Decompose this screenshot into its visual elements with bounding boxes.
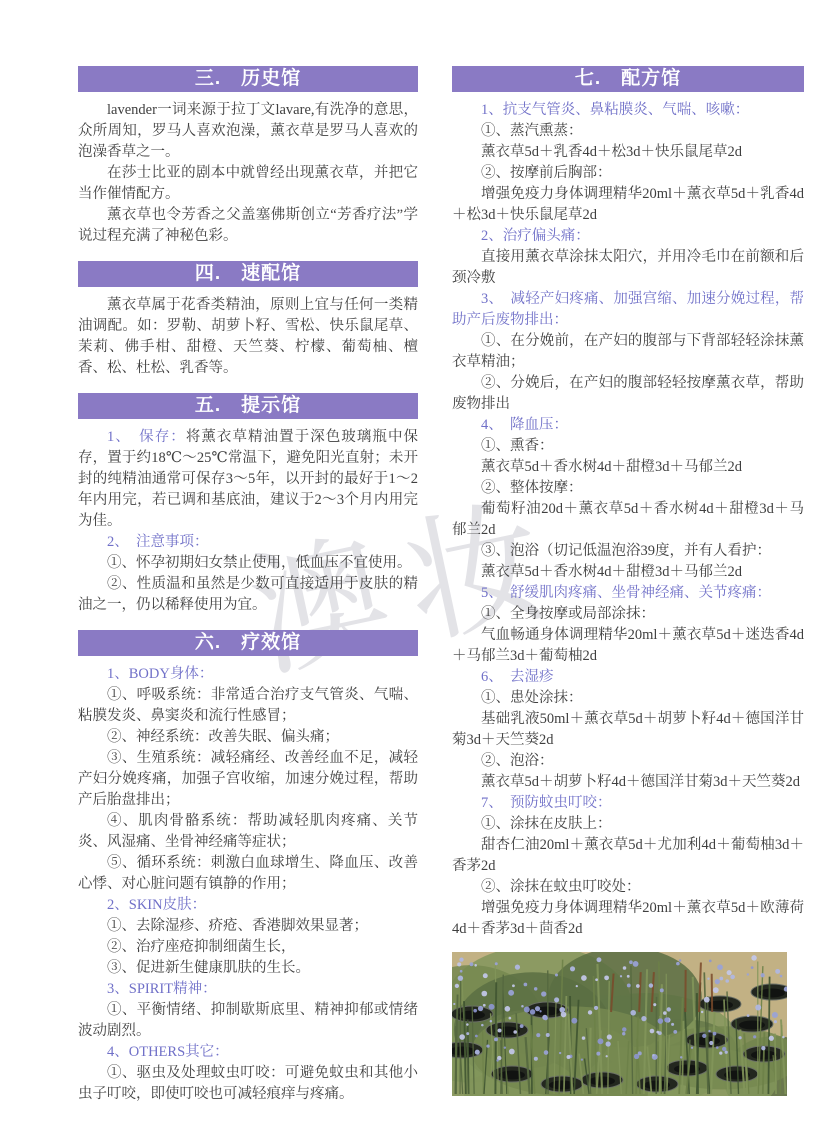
body-text: ⑤、循环系统：刺激白血球增生、降血压、改善心悸、对心脏问题有镇静的作用； <box>78 855 418 892</box>
body-text: ①、平衡情绪、抑制歇斯底里、精神抑郁或情绪波动剧烈。 <box>78 1002 418 1039</box>
body-text: ④、肌肉骨骼系统：帮助减轻肌肉疼痛、关节炎、风湿痛、坐骨神经痛等症状； <box>78 813 418 850</box>
body-text: 直接用薰衣草涂抹太阳穴，并用冷毛巾在前额和后颈冷敷 <box>452 249 804 286</box>
body-text: 薰衣草5d＋胡萝卜籽4d＋德国洋甘菊3d＋天竺葵2d <box>481 774 800 790</box>
section: 五. 提示馆1、 保存：将薰衣草精油置于深色玻璃瓶中保存，置于约18℃～25℃常… <box>78 393 418 616</box>
paragraph: ①、平衡情绪、抑制歇斯底里、精神抑郁或情绪波动剧烈。 <box>78 1000 418 1042</box>
section: 六. 疗效馆1、BODY身体：①、呼吸系统：非常适合治疗支气管炎、气喘、粘膜发炎… <box>78 630 418 1105</box>
body-text: ①、驱虫及处理蚊虫叮咬：可避免蚊虫和其他小虫子叮咬，即使叮咬也可减轻痕痒与疼痛。 <box>78 1065 418 1102</box>
body-text: 薰衣草5d＋香水树4d＋甜橙3d＋马郁兰2d <box>481 564 742 580</box>
paragraph: 4、 降血压： <box>452 415 804 436</box>
section-header: 五. 提示馆 <box>78 393 418 419</box>
paragraph: ②、涂抹在蚊虫叮咬处： <box>452 877 804 898</box>
body-text: ②、性质温和虽然是少数可直接适用于皮肤的精油之一，仍以稀释使用为宜。 <box>78 576 418 613</box>
body-text: 基础乳液50ml＋薰衣草5d＋胡萝卜籽4d＋德国洋甘菊3d＋天竺葵2d <box>452 711 804 748</box>
paragraph: ②、整体按摩： <box>452 478 804 499</box>
body-text: 薰衣草也令芳香之父盖塞佛斯创立“芳香疗法”学说过程充满了神秘色彩。 <box>78 207 418 244</box>
paragraph: ②、治疗座疮抑制细菌生长， <box>78 937 418 958</box>
paragraph: ①、患处涂抹： <box>452 688 804 709</box>
accent-text: 4、 降血压： <box>481 417 568 433</box>
document-page: 澳妆 三. 历史馆lavender一词来源于拉丁文lavare,有洗净的意思，众… <box>0 0 839 1146</box>
body-text: 甜杏仁油20ml＋薰衣草5d＋尤加利4d＋葡萄柚3d＋香茅2d <box>452 837 804 874</box>
paragraph: ①、涂抹在皮肤上： <box>452 814 804 835</box>
paragraph: ③、泡浴（切记低温泡浴39度，并有人看护： <box>452 541 804 562</box>
paragraph: 甜杏仁油20ml＋薰衣草5d＋尤加利4d＋葡萄柚3d＋香茅2d <box>452 835 804 877</box>
paragraph: 2、治疗偏头痛： <box>452 226 804 247</box>
body-text: lavender一词来源于拉丁文lavare,有洗净的意思，众所周知，罗马人喜欢… <box>78 102 418 160</box>
accent-text: 7、 预防蚊虫叮咬： <box>481 795 612 811</box>
body-text: 增强免疫力身体调理精华20ml＋薰衣草5d＋欧薄荷4d＋香茅3d＋茴香2d <box>452 900 804 937</box>
accent-text: 1、BODY身体： <box>107 666 213 682</box>
accent-text: 6、 去湿疹 <box>481 669 554 685</box>
section-header: 三. 历史馆 <box>78 66 418 92</box>
paragraph: ①、熏香： <box>452 436 804 457</box>
paragraph: ①、去除湿疹、疥疮、香港脚效果显著； <box>78 916 418 937</box>
paragraph: ②、泡浴： <box>452 751 804 772</box>
paragraph: 5、 舒缓肌肉疼痛、坐骨神经痛、关节疼痛： <box>452 583 804 604</box>
body-text: ②、涂抹在蚊虫叮咬处： <box>481 879 641 895</box>
paragraph: ①、驱虫及处理蚊虫叮咬：可避免蚊虫和其他小虫子叮咬，即使叮咬也可减轻痕痒与疼痛。 <box>78 1063 418 1105</box>
paragraph: ④、肌肉骨骼系统：帮助减轻肌肉疼痛、关节炎、风湿痛、坐骨神经痛等症状； <box>78 811 418 853</box>
paragraph: ①、呼吸系统：非常适合治疗支气管炎、气喘、粘膜发炎、鼻窦炎和流行性感冒； <box>78 685 418 727</box>
body-text: ③、泡浴（切记低温泡浴39度，并有人看护： <box>481 543 771 559</box>
paragraph: 3、 减轻产妇疼痛、加强宫缩、加速分娩过程，帮助产后废物排出： <box>452 289 804 331</box>
paragraph: ⑤、循环系统：刺激白血球增生、降血压、改善心悸、对心脏问题有镇静的作用； <box>78 853 418 895</box>
accent-text: 4、OTHERS其它： <box>107 1044 229 1060</box>
body-text: ②、分娩后，在产妇的腹部轻轻按摩薰衣草，帮助废物排出 <box>452 375 804 412</box>
paragraph: 3、SPIRIT精神： <box>78 979 418 1000</box>
paragraph: 6、 去湿疹 <box>452 667 804 688</box>
accent-text: 3、SPIRIT精神： <box>107 981 217 997</box>
body-text: ①、呼吸系统：非常适合治疗支气管炎、气喘、粘膜发炎、鼻窦炎和流行性感冒； <box>78 687 418 724</box>
paragraph: ①、蒸汽熏蒸： <box>452 121 804 142</box>
section: 四. 速配馆薰衣草属于花香类精油，原则上宜与任何一类精油调配。如：罗勒、胡萝卜籽… <box>78 261 418 379</box>
accent-text: 3、 减轻产妇疼痛、加强宫缩、加速分娩过程，帮助产后废物排出： <box>452 291 804 328</box>
paragraph: ①、在分娩前，在产妇的腹部与下背部轻轻涂抹薰衣草精油； <box>452 331 804 373</box>
paragraph: 薰衣草5d＋香水树4d＋甜橙3d＋马郁兰2d <box>452 457 804 478</box>
body-text: ②、整体按摩： <box>481 480 583 496</box>
body-text: 气血畅通身体调理精华20ml＋薰衣草5d＋迷迭香4d＋马郁兰3d＋葡萄柚2d <box>452 627 804 664</box>
body-text: ①、去除湿疹、疥疮、香港脚效果显著； <box>107 918 368 934</box>
paragraph: 基础乳液50ml＋薰衣草5d＋胡萝卜籽4d＋德国洋甘菊3d＋天竺葵2d <box>452 709 804 751</box>
body-text: 薰衣草5d＋乳香4d＋松3d＋快乐鼠尾草2d <box>481 144 742 160</box>
section: 七. 配方馆1、抗支气管炎、鼻粘膜炎、气喘、咳嗽：①、蒸汽熏蒸：薰衣草5d＋乳香… <box>452 66 804 940</box>
paragraph: 气血畅通身体调理精华20ml＋薰衣草5d＋迷迭香4d＋马郁兰3d＋葡萄柚2d <box>452 625 804 667</box>
body-text: 薰衣草属于花香类精油，原则上宜与任何一类精油调配。如：罗勒、胡萝卜籽、雪松、快乐… <box>78 297 418 376</box>
section-header: 七. 配方馆 <box>452 66 804 92</box>
body-text: ③、生殖系统：减轻痛经、改善经血不足，减轻产妇分娩疼痛，加强子宫收缩，加速分娩过… <box>78 750 418 808</box>
left-column: 三. 历史馆lavender一词来源于拉丁文lavare,有洗净的意思，众所周知… <box>78 66 418 1105</box>
paragraph: ①、全身按摩或局部涂抹： <box>452 604 804 625</box>
paragraph: ②、按摩前后胸部： <box>452 163 804 184</box>
right-column: 七. 配方馆1、抗支气管炎、鼻粘膜炎、气喘、咳嗽：①、蒸汽熏蒸：薰衣草5d＋乳香… <box>452 66 804 1096</box>
body-text: 在莎士比亚的剧本中就曾经出现薰衣草，并把它当作催情配方。 <box>78 165 418 202</box>
potted-lavender-plants-photo <box>452 952 787 1096</box>
body-text: ①、涂抹在皮肤上： <box>481 816 612 832</box>
body-text: ①、熏香： <box>481 438 554 454</box>
body-text: ②、按摩前后胸部： <box>481 165 612 181</box>
body-text: ①、蒸汽熏蒸： <box>481 123 583 139</box>
accent-text: 5、 舒缓肌肉疼痛、坐骨神经痛、关节疼痛： <box>481 585 771 601</box>
paragraph: 薰衣草5d＋香水树4d＋甜橙3d＋马郁兰2d <box>452 562 804 583</box>
body-text: ②、神经系统：改善失眠、偏头痛； <box>107 729 339 745</box>
paragraph: 1、抗支气管炎、鼻粘膜炎、气喘、咳嗽： <box>452 100 804 121</box>
body-text: ①、患处涂抹： <box>481 690 583 706</box>
paragraph: lavender一词来源于拉丁文lavare,有洗净的意思，众所周知，罗马人喜欢… <box>78 100 418 163</box>
accent-text: 2、SKIN皮肤： <box>107 897 206 913</box>
section: 三. 历史馆lavender一词来源于拉丁文lavare,有洗净的意思，众所周知… <box>78 66 418 247</box>
paragraph: ①、怀孕初期妇女禁止使用，低血压不宜使用。 <box>78 553 418 574</box>
body-text: 葡萄籽油20d＋薰衣草5d＋香水树4d＋甜橙3d＋马郁兰2d <box>452 501 804 538</box>
paragraph: 1、BODY身体： <box>78 664 418 685</box>
paragraph: ②、性质温和虽然是少数可直接适用于皮肤的精油之一，仍以稀释使用为宜。 <box>78 574 418 616</box>
accent-text: 1、 保存： <box>107 429 186 445</box>
body-text: ①、全身按摩或局部涂抹： <box>481 606 655 622</box>
paragraph: 薰衣草5d＋乳香4d＋松3d＋快乐鼠尾草2d <box>452 142 804 163</box>
paragraph: 薰衣草属于花香类精油，原则上宜与任何一类精油调配。如：罗勒、胡萝卜籽、雪松、快乐… <box>78 295 418 379</box>
paragraph: 增强免疫力身体调理精华20ml＋薰衣草5d＋乳香4d＋松3d＋快乐鼠尾草2d <box>452 184 804 226</box>
paragraph: 薰衣草也令芳香之父盖塞佛斯创立“芳香疗法”学说过程充满了神秘色彩。 <box>78 205 418 247</box>
body-text: ①、在分娩前，在产妇的腹部与下背部轻轻涂抹薰衣草精油； <box>452 333 804 370</box>
paragraph: ②、神经系统：改善失眠、偏头痛； <box>78 727 418 748</box>
paragraph: ③、生殖系统：减轻痛经、改善经血不足，减轻产妇分娩疼痛，加强子宫收缩，加速分娩过… <box>78 748 418 811</box>
paragraph: 2、SKIN皮肤： <box>78 895 418 916</box>
paragraph: 增强免疫力身体调理精华20ml＋薰衣草5d＋欧薄荷4d＋香茅3d＋茴香2d <box>452 898 804 940</box>
paragraph: 4、OTHERS其它： <box>78 1042 418 1063</box>
accent-text: 2、 注意事项： <box>107 534 209 550</box>
paragraph: 薰衣草5d＋胡萝卜籽4d＋德国洋甘菊3d＋天竺葵2d <box>452 772 804 793</box>
section-header: 四. 速配馆 <box>78 261 418 287</box>
paragraph: ③、促进新生健康肌肤的生长。 <box>78 958 418 979</box>
body-text: ②、泡浴： <box>481 753 554 769</box>
paragraph: 直接用薰衣草涂抹太阳穴，并用冷毛巾在前额和后颈冷敷 <box>452 247 804 289</box>
paragraph: 1、 保存：将薰衣草精油置于深色玻璃瓶中保存，置于约18℃～25℃常温下，避免阳… <box>78 427 418 532</box>
paragraph: 7、 预防蚊虫叮咬： <box>452 793 804 814</box>
paragraph: 葡萄籽油20d＋薰衣草5d＋香水树4d＋甜橙3d＋马郁兰2d <box>452 499 804 541</box>
body-text: 增强免疫力身体调理精华20ml＋薰衣草5d＋乳香4d＋松3d＋快乐鼠尾草2d <box>452 186 804 223</box>
body-text: ②、治疗座疮抑制细菌生长， <box>107 939 296 955</box>
body-text: ①、怀孕初期妇女禁止使用，低血压不宜使用。 <box>107 555 412 571</box>
body-text: ③、促进新生健康肌肤的生长。 <box>107 960 310 976</box>
paragraph: 2、 注意事项： <box>78 532 418 553</box>
accent-text: 2、治疗偏头痛： <box>481 228 590 244</box>
paragraph: ②、分娩后，在产妇的腹部轻轻按摩薰衣草，帮助废物排出 <box>452 373 804 415</box>
section-header: 六. 疗效馆 <box>78 630 418 656</box>
body-text: 薰衣草5d＋香水树4d＋甜橙3d＋马郁兰2d <box>481 459 742 475</box>
accent-text: 1、抗支气管炎、鼻粘膜炎、气喘、咳嗽： <box>481 102 749 118</box>
paragraph: 在莎士比亚的剧本中就曾经出现薰衣草，并把它当作催情配方。 <box>78 163 418 205</box>
